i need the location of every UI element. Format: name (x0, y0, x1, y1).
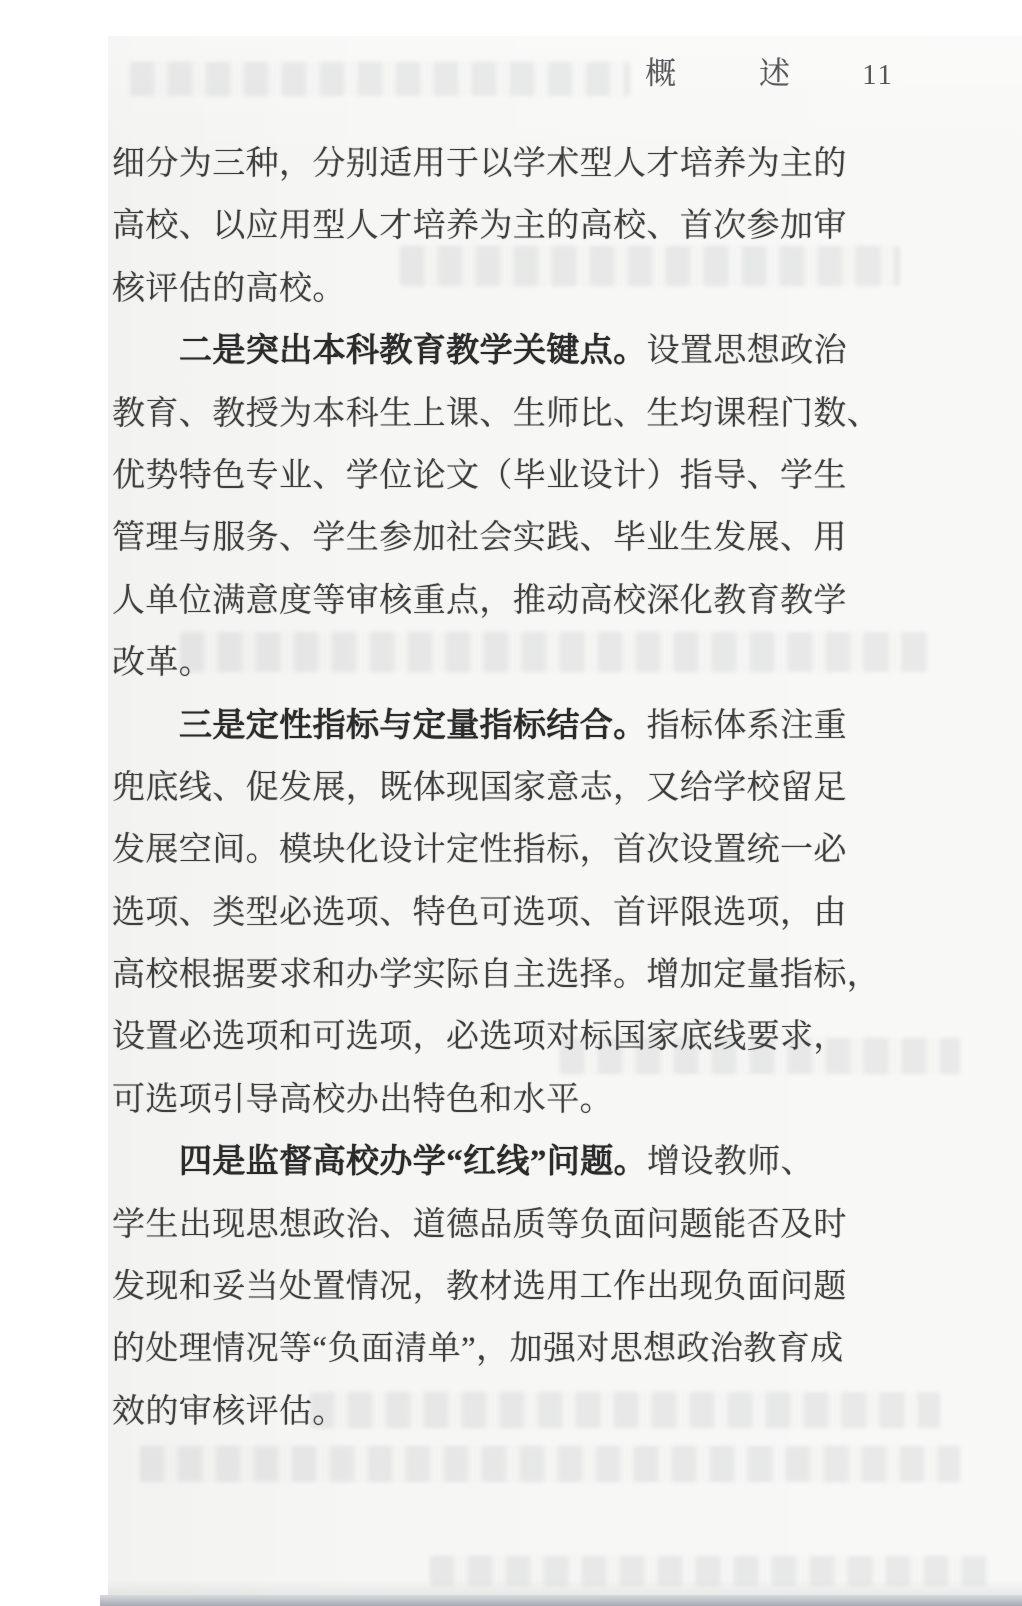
text-line: 改革。 (112, 632, 880, 694)
text-line: 优势特色专业、学位论文（毕业设计）指导、学生 (112, 445, 880, 507)
text-line: 细分为三种，分别适用于以学术型人才培养为主的 (112, 133, 880, 195)
text-line: 选项、类型必选项、特色可选项、首评限选项，由 (112, 882, 880, 944)
bleed-through-ghost (140, 1446, 960, 1482)
text-line: 效的审核评估。 (112, 1381, 880, 1443)
text-line: 四是监督高校办学“红线”问题。增设教师、 (112, 1131, 880, 1193)
text-line: 人单位满意度等审核重点，推动高校深化教育教学 (112, 570, 880, 632)
body-text: 细分为三种，分别适用于以学术型人才培养为主的高校、以应用型人才培养为主的高校、首… (112, 133, 880, 1443)
scan-edge-shadow (100, 1595, 1022, 1606)
text-line: 二是突出本科教育教学关键点。设置思想政治 (112, 320, 880, 382)
page-number: 11 (862, 59, 894, 92)
running-title: 概 述 (645, 48, 816, 93)
paragraph-lead: 三是定性指标与定量指标结合。 (179, 708, 647, 744)
text-line: 三是定性指标与定量指标结合。指标体系注重 (112, 695, 880, 757)
text-line: 管理与服务、学生参加社会实践、毕业生发展、用 (112, 507, 880, 569)
text-line: 发现和妥当处置情况，教材选用工作出现负面问题 (112, 1256, 880, 1318)
text-line: 兜底线、促发展，既体现国家意志，又给学校留足 (112, 757, 880, 819)
paragraph-lead: 二是突出本科教育教学关键点。 (179, 333, 647, 369)
text-line: 的处理情况等“负面清单”，加强对思想政治教育成 (112, 1318, 880, 1380)
text-line: 教育、教授为本科生上课、生师比、生均课程门数、 (112, 383, 880, 445)
text-line: 核评估的高校。 (112, 258, 880, 320)
text-line: 高校根据要求和办学实际自主选择。增加定量指标， (112, 944, 880, 1006)
text-line: 设置必选项和可选项，必选项对标国家底线要求， (112, 1006, 880, 1068)
bleed-through-ghost (130, 62, 630, 96)
page-background: 概 述 11 细分为三种，分别适用于以学术型人才培养为主的高校、以应用型人才培养… (108, 36, 1022, 1606)
running-header: 概 述 11 (645, 48, 894, 93)
scanned-page: 概 述 11 细分为三种，分别适用于以学术型人才培养为主的高校、以应用型人才培养… (0, 0, 1022, 1606)
text-line: 高校、以应用型人才培养为主的高校、首次参加审 (112, 195, 880, 257)
paragraph-lead: 四是监督高校办学“红线”问题。 (179, 1144, 647, 1180)
text-line: 学生出现思想政治、道德品质等负面问题能否及时 (112, 1194, 880, 1256)
text-line: 发展空间。模块化设计定性指标，首次设置统一必 (112, 819, 880, 881)
text-line: 可选项引导高校办出特色和水平。 (112, 1069, 880, 1131)
